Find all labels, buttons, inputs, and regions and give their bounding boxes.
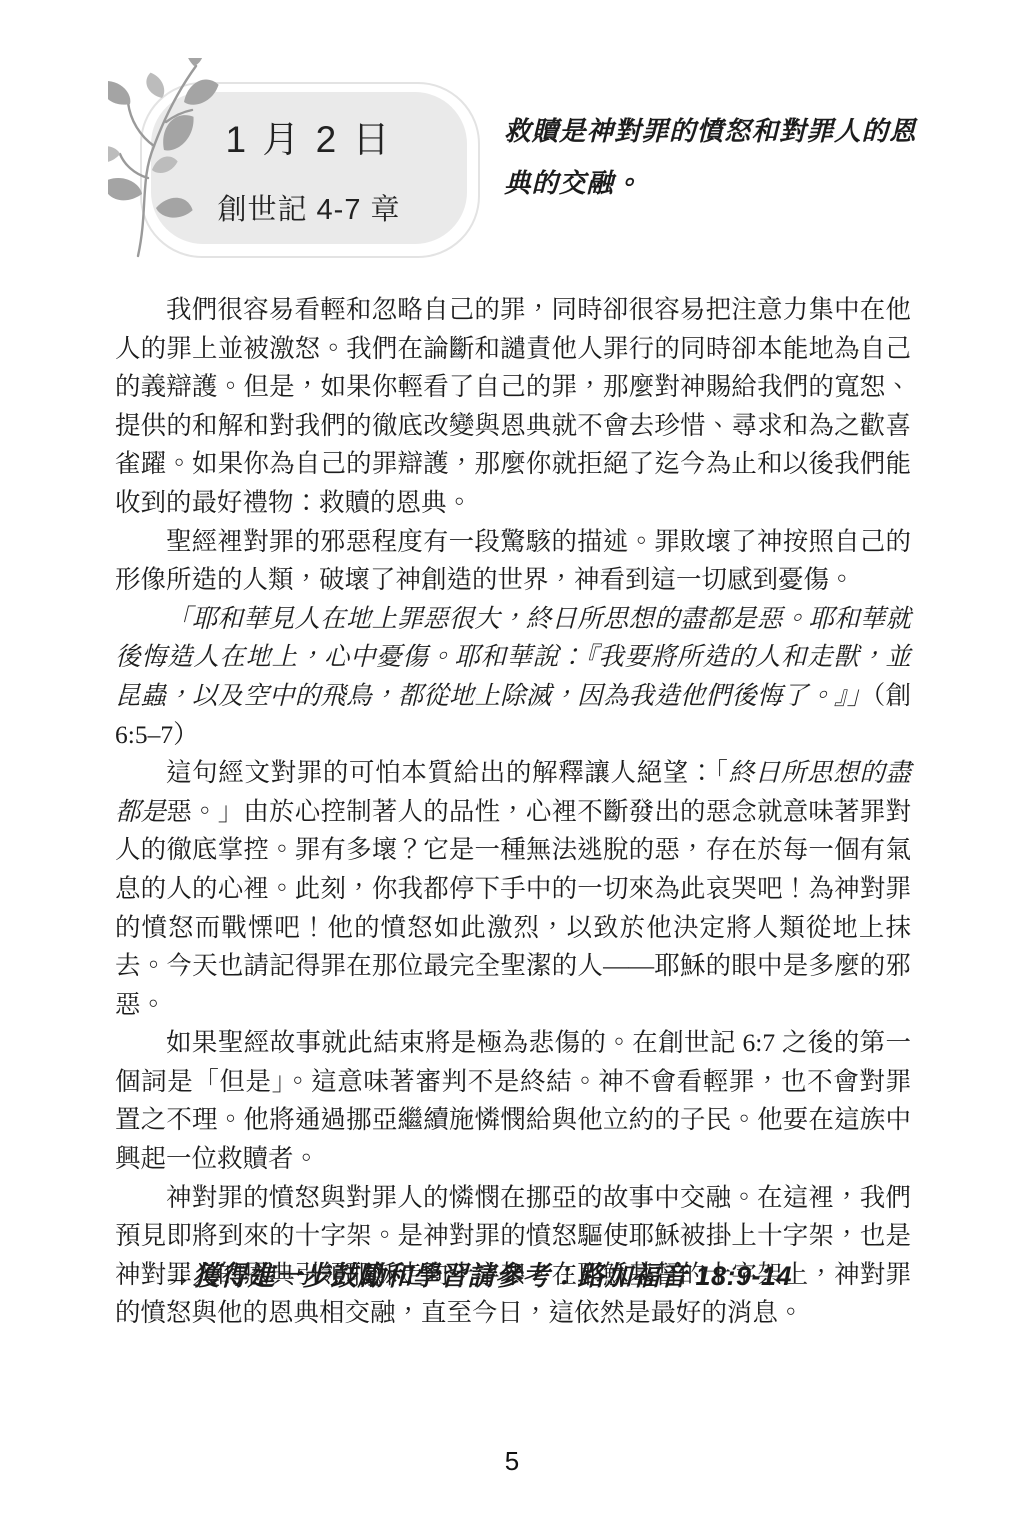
paragraph: 聖經裡對罪的邪惡程度有一段驚駭的描述。罪敗壞了神按照自己的形像所造的人類，破壞了… — [115, 523, 911, 600]
page-number: 5 — [0, 1446, 1024, 1477]
reading-plan-label: 創世記 4-7 章 — [217, 187, 400, 228]
scripture-quote-text: 「耶和華見人在地上罪惡很大，終日所思想的盡都是惡。耶和華就後悔造人在地上，心中憂… — [115, 604, 911, 710]
devotional-page: 1 月 2 日 創世記 4-7 章 — [0, 0, 1024, 1526]
daily-motto: 救贖是神對罪的憤怒和對罪人的恩典的交融。 — [504, 106, 928, 209]
paragraph: 這句經文對罪的可怕本質給出的解釋讓人絕望：「終日所思想的盡都是惡。」由於心控制著… — [115, 754, 911, 1024]
paragraph: 我們很容易看輕和忽略自己的罪，同時卻很容易把注意力集中在他人的罪上並被激怒。我們… — [115, 291, 911, 523]
paragraph: 如果聖經故事就此結束將是極為悲傷的。在創世記 6:7 之後的第一個詞是「但是」。… — [115, 1024, 911, 1178]
date-label: 1 月 2 日 — [226, 109, 393, 163]
scripture-quote: 「耶和華見人在地上罪惡很大，終日所思想的盡都是惡。耶和華就後悔造人在地上，心中憂… — [115, 600, 911, 754]
further-study-reference: →獲得進一步鼓勵和學習請參考：路加福音 18:9-14 — [115, 1254, 935, 1293]
leaf-branch-icon — [108, 58, 236, 266]
paragraph-text: 這句經文對罪的可怕本質給出的解釋讓人絕望：「 — [166, 758, 729, 787]
paragraph-text: 惡。」由於心控制著人的品性，心裡不斷發出的惡念就意味著罪對人的徹底掌控。罪有多壞… — [115, 797, 911, 1019]
devotional-body: 我們很容易看輕和忽略自己的罪，同時卻很容易把注意力集中在他人的罪上並被激怒。我們… — [115, 291, 911, 1333]
